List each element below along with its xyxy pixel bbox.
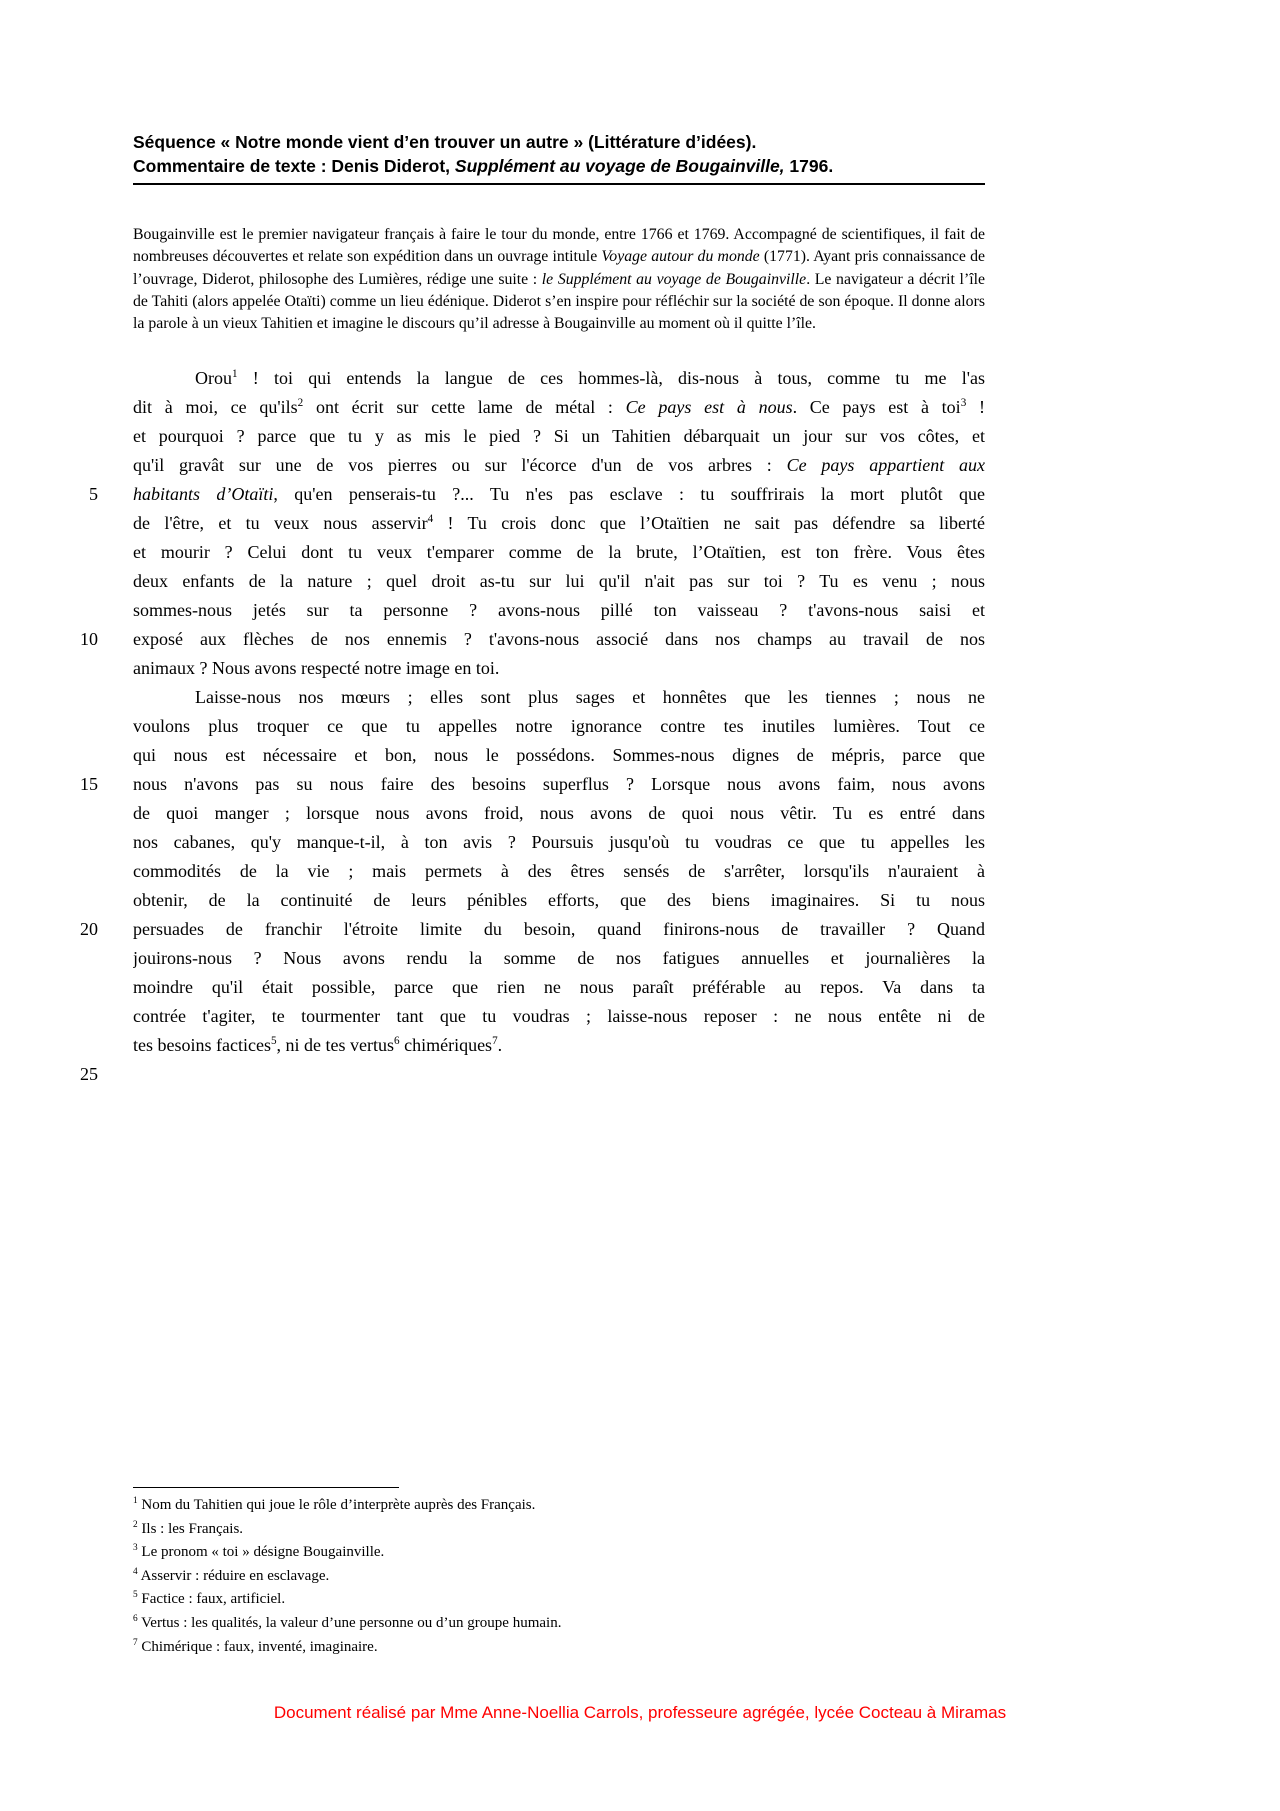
text-line: et pourquoi ? parce que tu y as mis le p… [133, 422, 985, 451]
line-number [0, 654, 98, 683]
text-line-row: de l'être, et tu veux nous asservir4 ! T… [0, 509, 1280, 538]
text-segment: Ce pays appartient aux [787, 455, 985, 475]
line-number: 25 [0, 1060, 98, 1089]
footnote: 7 Chimérique : faux, inventé, imaginaire… [133, 1636, 985, 1660]
footnote-text: Nom du Tahitien qui joue le rôle d’inter… [138, 1497, 536, 1513]
text-line-row: sommes-nous jetés sur ta personne ? avon… [0, 596, 1280, 625]
text-line-row: qu'il gravât sur une de vos pierres ou s… [0, 451, 1280, 480]
line-number: 20 [0, 915, 98, 944]
text-segment: , ni de tes vertus [277, 1035, 394, 1055]
text-segment: commodités de la vie ; mais permets à de… [133, 861, 985, 881]
text-segment: persuades de franchir l'étroite limite d… [133, 919, 985, 939]
text-segment: 1796. [785, 156, 834, 176]
text-segment: jouirons-nous ? Nous avons rendu la somm… [133, 948, 985, 968]
document-title: Séquence « Notre monde vient d’en trouve… [133, 130, 985, 185]
text-segment: contrée t'agiter, te tourmenter tant que… [133, 1006, 985, 1026]
text-segment: deux enfants de la nature ; quel droit a… [133, 571, 985, 591]
text-segment: animaux ? Nous avons respecté notre imag… [133, 658, 499, 678]
line-number [0, 973, 98, 1002]
text-segment: ! toi qui entends la langue de ces homme… [238, 368, 985, 388]
text-segment: ! [966, 397, 985, 417]
text-segment: obtenir, de la continuité de leurs pénib… [133, 890, 985, 910]
text-line-row: nos cabanes, qu'y manque-t-il, à ton avi… [0, 828, 1280, 857]
footnote: 2 Ils : les Français. [133, 1518, 985, 1542]
line-number [0, 683, 98, 712]
text-line-row: voulons plus troquer ce que tu appelles … [0, 712, 1280, 741]
text-line-row: tes besoins factices5, ni de tes vertus6… [0, 1031, 1280, 1060]
text-line: dit à moi, ce qu'ils2 ont écrit sur cett… [133, 393, 985, 422]
text-segment: ! Tu crois donc que l’Otaïtien ne sait p… [433, 513, 985, 533]
text-line-row: obtenir, de la continuité de leurs pénib… [0, 886, 1280, 915]
text-line-row: et mourir ? Celui dont tu veux t'emparer… [0, 538, 1280, 567]
text-line: jouirons-nous ? Nous avons rendu la somm… [133, 944, 985, 973]
line-number [0, 451, 98, 480]
text-line: nos cabanes, qu'y manque-t-il, à ton avi… [133, 828, 985, 857]
text-line-row: de quoi manger ; lorsque nous avons froi… [0, 799, 1280, 828]
footnote: 4 Asservir : réduire en esclavage. [133, 1565, 985, 1589]
line-number [0, 1031, 98, 1060]
text-line: nous n'avons pas su nous faire des besoi… [133, 770, 985, 799]
main-text: Orou1 ! toi qui entends la langue de ces… [0, 364, 1280, 1089]
line-number: 15 [0, 770, 98, 799]
intro-paragraph: Bougainville est le premier navigateur f… [133, 224, 985, 336]
line-number [0, 509, 98, 538]
footnote: 5 Factice : faux, artificiel. [133, 1588, 985, 1612]
line-number [0, 422, 98, 451]
line-number [0, 393, 98, 422]
text-line: qu'il gravât sur une de vos pierres ou s… [133, 451, 985, 480]
text-line-row: contrée t'agiter, te tourmenter tant que… [0, 1002, 1280, 1031]
text-line: animaux ? Nous avons respecté notre imag… [133, 654, 985, 683]
line-number: 5 [0, 480, 98, 509]
line-number [0, 944, 98, 973]
text-segment: de l'être, et tu veux nous asservir [133, 513, 428, 533]
text-segment: tes besoins factices [133, 1035, 271, 1055]
text-line: habitants d’Otaïti, qu'en penserais-tu ?… [133, 480, 985, 509]
line-number [0, 886, 98, 915]
text-segment: nous n'avons pas su nous faire des besoi… [133, 774, 985, 794]
text-segment: dit à moi, ce qu'ils [133, 397, 298, 417]
text-line-row: deux enfants de la nature ; quel droit a… [0, 567, 1280, 596]
text-segment: et mourir ? Celui dont tu veux t'emparer… [133, 542, 985, 562]
line-number [0, 828, 98, 857]
line-number [0, 1002, 98, 1031]
footnote-separator [133, 1487, 399, 1488]
text-line-row: et pourquoi ? parce que tu y as mis le p… [0, 422, 1280, 451]
footer-credit: Document réalisé par Mme Anne-Noellia Ca… [0, 1703, 1280, 1723]
text-line-row: 25 [0, 1060, 1280, 1089]
footnotes: 1 Nom du Tahitien qui joue le rôle d’int… [133, 1494, 985, 1659]
text-line-row: jouirons-nous ? Nous avons rendu la somm… [0, 944, 1280, 973]
text-segment: . [498, 1035, 503, 1055]
line-number [0, 596, 98, 625]
text-line: voulons plus troquer ce que tu appelles … [133, 712, 985, 741]
title-line-1: Séquence « Notre monde vient d’en trouve… [133, 130, 985, 154]
line-number [0, 741, 98, 770]
text-segment: , qu'en penserais-tu ?... Tu n'es pas es… [273, 484, 985, 504]
text-line: sommes-nous jetés sur ta personne ? avon… [133, 596, 985, 625]
text-line: deux enfants de la nature ; quel droit a… [133, 567, 985, 596]
text-line: exposé aux flèches de nos ennemis ? t'av… [133, 625, 985, 654]
text-line-row: qui nous est nécessaire et bon, nous le … [0, 741, 1280, 770]
text-segment: Supplément au voyage de Bougainville, [455, 156, 785, 176]
line-number [0, 799, 98, 828]
text-segment: de quoi manger ; lorsque nous avons froi… [133, 803, 985, 823]
footnote-text: Chimérique : faux, inventé, imaginaire. [138, 1639, 378, 1655]
footnote-text: Ils : les Français. [138, 1521, 243, 1537]
text-line: Laisse-nous nos mœurs ; elles sont plus … [133, 683, 985, 712]
footnote: 3 Le pronom « toi » désigne Bougainville… [133, 1541, 985, 1565]
text-segment: le Supplément au voyage de Bougainville [542, 271, 806, 288]
footnote-text: Vertus : les qualités, la valeur d’une p… [138, 1615, 562, 1631]
text-segment: Voyage autour du monde [601, 248, 759, 265]
footnote: 1 Nom du Tahitien qui joue le rôle d’int… [133, 1494, 985, 1518]
text-segment: sommes-nous jetés sur ta personne ? avon… [133, 600, 985, 620]
text-line: moindre qu'il était possible, parce que … [133, 973, 985, 1002]
text-segment: qu'il gravât sur une de vos pierres ou s… [133, 455, 787, 475]
footnote: 6 Vertus : les qualités, la valeur d’une… [133, 1612, 985, 1636]
text-segment: et pourquoi ? parce que tu y as mis le p… [133, 426, 985, 446]
text-segment: Laisse-nous nos mœurs ; elles sont plus … [195, 687, 985, 707]
text-segment: habitants d’Otaïti [133, 484, 273, 504]
text-line-row: moindre qu'il était possible, parce que … [0, 973, 1280, 1002]
text-line: et mourir ? Celui dont tu veux t'emparer… [133, 538, 985, 567]
text-segment: exposé aux flèches de nos ennemis ? t'av… [133, 629, 985, 649]
title-line-2: Commentaire de texte : Denis Diderot, Su… [133, 154, 985, 178]
footnote-text: Factice : faux, artificiel. [138, 1591, 285, 1607]
text-line: de l'être, et tu veux nous asservir4 ! T… [133, 509, 985, 538]
text-line: Orou1 ! toi qui entends la langue de ces… [133, 364, 985, 393]
text-segment: chimériques [400, 1035, 492, 1055]
text-line-row: 20persuades de franchir l'étroite limite… [0, 915, 1280, 944]
text-segment: . Ce pays est à toi [793, 397, 961, 417]
line-number: 10 [0, 625, 98, 654]
line-number [0, 712, 98, 741]
line-number [0, 538, 98, 567]
line-number [0, 567, 98, 596]
text-line-row: Laisse-nous nos mœurs ; elles sont plus … [0, 683, 1280, 712]
text-line-row: dit à moi, ce qu'ils2 ont écrit sur cett… [0, 393, 1280, 422]
text-line: persuades de franchir l'étroite limite d… [133, 915, 985, 944]
text-line [133, 1060, 985, 1089]
text-line: contrée t'agiter, te tourmenter tant que… [133, 1002, 985, 1031]
footnote-text: Le pronom « toi » désigne Bougainville. [138, 1544, 385, 1560]
text-line: qui nous est nécessaire et bon, nous le … [133, 741, 985, 770]
text-segment: voulons plus troquer ce que tu appelles … [133, 716, 985, 736]
document-page: Séquence « Notre monde vient d’en trouve… [0, 0, 1280, 1811]
text-line: commodités de la vie ; mais permets à de… [133, 857, 985, 886]
text-segment: moindre qu'il était possible, parce que … [133, 977, 985, 997]
text-segment: Commentaire de texte : Denis Diderot, [133, 156, 455, 176]
text-segment: Ce pays est à nous [626, 397, 793, 417]
text-line: tes besoins factices5, ni de tes vertus6… [133, 1031, 985, 1060]
text-segment: Orou [195, 368, 232, 388]
text-line: de quoi manger ; lorsque nous avons froi… [133, 799, 985, 828]
line-number [0, 857, 98, 886]
text-line-row: commodités de la vie ; mais permets à de… [0, 857, 1280, 886]
text-line-row: animaux ? Nous avons respecté notre imag… [0, 654, 1280, 683]
line-number [0, 364, 98, 393]
text-line-row: 10exposé aux flèches de nos ennemis ? t'… [0, 625, 1280, 654]
text-line-row: 15nous n'avons pas su nous faire des bes… [0, 770, 1280, 799]
text-line: obtenir, de la continuité de leurs pénib… [133, 886, 985, 915]
text-segment: nos cabanes, qu'y manque-t-il, à ton avi… [133, 832, 985, 852]
text-line-row: 5habitants d’Otaïti, qu'en penserais-tu … [0, 480, 1280, 509]
text-segment: ont écrit sur cette lame de métal : [303, 397, 625, 417]
text-segment: qui nous est nécessaire et bon, nous le … [133, 745, 985, 765]
text-line-row: Orou1 ! toi qui entends la langue de ces… [0, 364, 1280, 393]
footnote-text: Asservir : réduire en esclavage. [138, 1568, 330, 1584]
